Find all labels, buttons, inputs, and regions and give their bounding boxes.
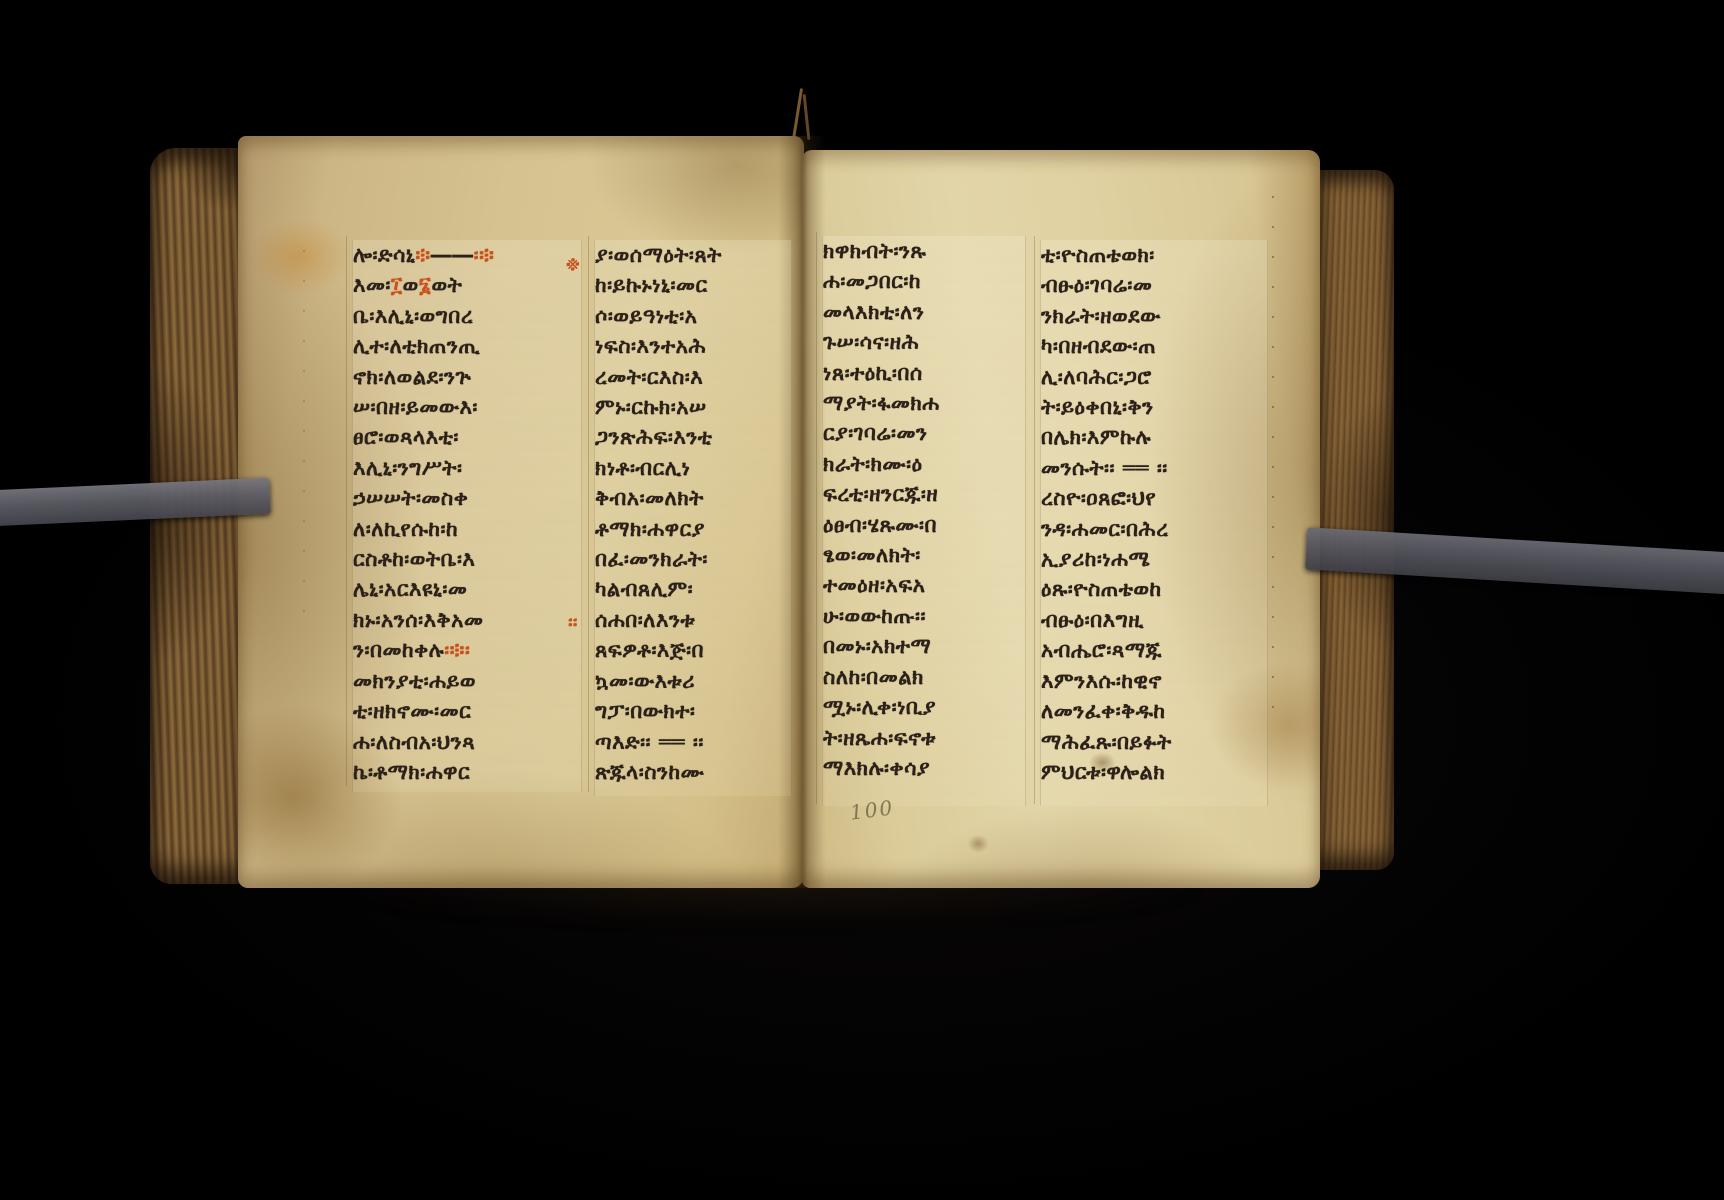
ink-text-run: ጉሠ፡ሳና፡ዘሕ	[823, 330, 919, 354]
text-line: ቶማክ፡ሐዋርያ	[595, 514, 791, 544]
text-line: ስለከ፡በመልክ	[823, 662, 1025, 692]
ink-text-run: ት፡ዘጼሐ፡ፍኖቱ	[823, 726, 936, 750]
ink-text-run: ዕፀብ፡ሄጹሙ፡በ	[823, 513, 937, 537]
ink-text-run: ንክራት፡ዘወደው	[1041, 304, 1161, 328]
ink-text-run: ጋንጽሕፍ፡እንቲ	[595, 425, 712, 449]
ink-text-run: ካልብጸሊም፡	[595, 577, 693, 601]
text-line: ሌኒ፡አርእዩኒ፡መ	[353, 574, 581, 604]
text-line: በሌክ፡እምኩሉ	[1041, 422, 1267, 452]
text-line: በፈ፡መንክራት፡	[595, 544, 791, 574]
ink-text-run: ምህርቱ፡ዋሎልክ	[1041, 760, 1165, 784]
text-line: ሠ፡በዘ፡ይመውእ፡	[353, 392, 581, 422]
ink-text-run: ተመዕዘ፡አፍአ	[823, 573, 925, 597]
rubric-text-run: ፡፨	[474, 243, 495, 267]
ruling-line	[816, 232, 817, 804]
pricking-dots	[303, 250, 305, 630]
ink-text-run: ቲ፡ዘክኖሙ፡መር	[353, 699, 471, 723]
ink-text-run: ካ፡በዘብደው፡ጠ	[1041, 334, 1156, 358]
ink-text-run: ንዳ፡ሐመር፡በሕረ	[1041, 517, 1168, 541]
ink-text-run: ሐ፡መጋበር፡ከ	[823, 269, 921, 293]
ruling-line	[588, 236, 589, 792]
text-line: ነጸ፡ተዕኪ፡በሰ	[823, 358, 1025, 388]
ink-text-run: ――	[431, 243, 474, 267]
text-line: ኢያሪከ፡ነሐሜ	[1041, 544, 1267, 574]
text-line: ተመዕዘ፡አፍአ	[823, 570, 1025, 600]
text-column-3: ክዋክብት፡ንጹሐ፡መጋበር፡ከመላእክቲ፡ለንጉሠ፡ሳና፡ዘሕነጸ፡ተዕኪ፡በ…	[822, 236, 1026, 806]
text-line: ክዋክብት፡ንጹ	[823, 236, 1025, 266]
text-line: ቅብአ፡መለክት	[595, 483, 791, 513]
ink-text-run: ሐ፡ለስብአ፡ህንጻ	[353, 730, 475, 754]
text-line: ንክራት፡ዘወደው	[1041, 301, 1267, 331]
ink-text-run: ክነቶ፡ብርሊነ	[595, 456, 690, 480]
ink-text-run: ክራት፡ክሙ፡ዕ	[823, 452, 923, 476]
ink-text-run: ርስቶከ፡ወትቤ፡እ	[353, 547, 475, 571]
text-line: በመኑ፡አክተማ	[823, 631, 1025, 661]
ink-text-run: ነጸ፡ተዕኪ፡በሰ	[823, 361, 923, 385]
ink-text-run: ያ፡ወሰማዕት፡ጸት	[595, 243, 722, 267]
ink-text-run: ረመት፡ርእስ፡እ	[595, 365, 703, 389]
ruling-line	[346, 236, 347, 786]
text-line: ርስቶከ፡ወትቤ፡እ	[353, 544, 581, 574]
ink-text-run: መላእክቲ፡ለን	[823, 300, 924, 324]
text-line: ረስዮ፡ዐጸፎ፡ህየ	[1041, 483, 1267, 513]
ink-text-run: ሊተ፡ለቲክጠንጢ	[353, 334, 480, 358]
ink-text-run: ኃሠሠት፡መስቀ	[353, 486, 468, 510]
ink-text-run: ቤ፡እሊኒ፡ወግበረ	[353, 304, 473, 328]
ink-text-run: አብሔሮ፡ጻማጁ	[1041, 638, 1162, 662]
ink-text-run: ከ፡ይኩኑነኒ፡መር	[595, 273, 708, 297]
ink-text-run: ቶማክ፡ሐዋርያ	[595, 517, 705, 541]
text-line: መላእክቲ፡ለን	[823, 297, 1025, 327]
text-line: ሐ፡መጋበር፡ከ	[823, 266, 1025, 296]
manuscript-photo: ሎ፡ድሳኒ፨――፡፨እመ፡፲ወ፮ወትቤ፡እሊኒ፡ወግበረሊተ፡ለቲክጠንጢኖክ፡…	[0, 0, 1724, 1200]
text-line: ግፓ፡በውክተ፡	[595, 696, 791, 726]
ink-text-run: ቲ፡ዮስጠቴወክ፡	[1041, 243, 1155, 267]
text-line: ካ፡በዘብደው፡ጠ	[1041, 331, 1267, 361]
text-line: ጋንጽሕፍ፡እንቲ	[595, 422, 791, 452]
ink-text-run: ማእክሉ፡ቀሳያ	[823, 756, 930, 780]
ink-text-run: ፀሮ፡ወጻላእቲ፡	[353, 425, 459, 449]
text-line: ት፡ዘጼሐ፡ፍኖቱ	[823, 723, 1025, 753]
text-line: ዕፀብ፡ሄጹሙ፡በ	[823, 510, 1025, 540]
ink-text-run: ፍረቲ፡ዘንርጁ፡ዘ	[823, 482, 938, 506]
text-line: ሊተ፡ለቲክጠንጢ	[353, 331, 581, 361]
text-line: ነፍስ፡እንተአሕ	[595, 331, 791, 361]
text-line: ብፁዕ፡በእግዚ	[1041, 605, 1267, 635]
text-line: ፀሮ፡ወጻላእቲ፡	[353, 422, 581, 452]
text-line: ርያ፡ገባሬ፡መን	[823, 418, 1025, 448]
ink-text-run: ሰሐበ፡ለእንቱ	[595, 608, 695, 632]
ink-text-run: እመ፡	[353, 273, 391, 297]
text-line: ሐ፡ለስብአ፡ህንጻ	[353, 727, 581, 757]
bookmark-thread	[792, 88, 803, 140]
text-line: ቲ፡ዮስጠቴወክ፡	[1041, 240, 1267, 270]
text-line: ለመንፈቀ፡ቅዱከ	[1041, 696, 1267, 726]
ink-text-run: ኬ፡ቶማክ፡ሐዋር	[353, 760, 470, 784]
ink-text-run: በመኑ፡አክተማ	[823, 634, 931, 658]
text-line: ኬ፡ቶማክ፡ሐዋር	[353, 757, 581, 787]
text-line: ከ፡ይኩኑነኒ፡መር	[595, 270, 791, 300]
ink-text-run: ጽጁላ፡ስንከሙ	[595, 760, 704, 784]
text-line: ሎ፡ድሳኒ፨――፡፨	[353, 240, 581, 270]
rubric-ornament: ፠	[566, 252, 580, 276]
text-line: ፍረቲ፡ዘንርጁ፡ዘ	[823, 479, 1025, 509]
rubric-ornament: ፡፡	[568, 610, 577, 634]
rubric-text-run: ፡፨፡	[444, 638, 470, 662]
text-line: ማእክሉ፡ቀሳያ	[823, 753, 1025, 783]
bookmark-thread	[803, 94, 811, 140]
text-line: ኖክ፡ለወልደ፡ንጕ	[353, 362, 581, 392]
text-column-1: ሎ፡ድሳኒ፨――፡፨እመ፡፲ወ፮ወትቤ፡እሊኒ፡ወግበረሊተ፡ለቲክጠንጢኖክ፡…	[352, 240, 582, 792]
rubric-text-run: ፲	[391, 273, 403, 297]
text-line: ፄወ፡መለክት፡	[823, 540, 1025, 570]
ink-text-run: ብፁዕ፡ገባሬ፡መ	[1041, 273, 1152, 297]
ink-text-run: ኢያሪከ፡ነሐሜ	[1041, 547, 1150, 571]
text-line: ክራት፡ክሙ፡ዕ	[823, 449, 1025, 479]
text-line: ጸፍዎቶ፡እጅ፡በ	[595, 635, 791, 665]
text-line: እምንእሱ፡ከዊኖ	[1041, 666, 1267, 696]
ink-text-run: እምንእሱ፡ከዊኖ	[1041, 669, 1162, 693]
ink-text-run: ን፡በመከቀሉ	[353, 638, 444, 662]
text-line: መክንያቲ፡ሐይወ	[353, 666, 581, 696]
text-line: ጽጁላ፡ስንከሙ	[595, 757, 791, 787]
text-line: ምህርቱ፡ዋሎልክ	[1041, 757, 1267, 787]
ink-text-run: ማያት፡ፋመክሐ	[823, 391, 940, 415]
text-line: ክነቶ፡ብርሊነ	[595, 453, 791, 483]
text-line: ጣእድ፡፡ ══ ፡፡	[595, 727, 791, 757]
text-line: ት፡ይዕቀበኒ፡ቅን	[1041, 392, 1267, 422]
text-line: እመ፡፲ወ፮ወት	[353, 270, 581, 300]
text-line: ክኑ፡አንሰ፡እቅአመ	[353, 605, 581, 635]
ink-text-run: ወት	[431, 273, 462, 297]
ink-text-run: ሎ፡ድሳኒ	[353, 243, 415, 267]
ink-text-run: ት፡ይዕቀበኒ፡ቅን	[1041, 395, 1154, 419]
ink-text-run: ሁ፡ወውከጡ፡፡	[823, 604, 926, 628]
ink-text-run: በሌክ፡እምኩሉ	[1041, 425, 1151, 449]
text-line: አብሔሮ፡ጻማጁ	[1041, 635, 1267, 665]
pricking-dots	[1272, 196, 1274, 736]
ink-text-run: ቅብአ፡መለክት	[595, 486, 704, 510]
ink-text-run: ክኑ፡አንሰ፡እቅአመ	[353, 608, 483, 632]
text-line: ዕጹ፡ዮስጠቴወከ	[1041, 574, 1267, 604]
ink-text-run: ዕጹ፡ዮስጠቴወከ	[1041, 577, 1162, 601]
ink-text-run: ጸፍዎቶ፡እጅ፡በ	[595, 638, 704, 662]
text-line: መንሱት፡፡ ══ ፡፡	[1041, 453, 1267, 483]
ink-text-run: ሶ፡ወይዓነቲ፡አ	[595, 304, 698, 328]
text-line: ምኑ፡ርኩክ፡አሠ	[595, 392, 791, 422]
rubric-text-run: ፮	[419, 273, 432, 297]
ruling-line	[1034, 236, 1035, 804]
ink-text-run: ብፁዕ፡በእግዚ	[1041, 608, 1144, 632]
text-line: ኃሠሠት፡መስቀ	[353, 483, 581, 513]
ink-text-run: ርያ፡ገባሬ፡መን	[823, 421, 928, 445]
text-column-4: ቲ፡ዮስጠቴወክ፡ብፁዕ፡ገባሬ፡መንክራት፡ዘወደውካ፡በዘብደው፡ጠሊ፡ለባ…	[1040, 240, 1268, 806]
ink-text-run: ኖክ፡ለወልደ፡ንጕ	[353, 365, 471, 389]
ink-text-run: ግፓ፡በውክተ፡	[595, 699, 695, 723]
ink-text-run: ሌኒ፡አርእዩኒ፡መ	[353, 577, 467, 601]
ink-text-run: ማሕፈጹ፡በይፉት	[1041, 730, 1172, 754]
text-line: ረመት፡ርእስ፡እ	[595, 362, 791, 392]
text-line: ሁ፡ወውከጡ፡፡	[823, 601, 1025, 631]
ink-text-run: ወ	[403, 273, 419, 297]
ink-text-run: መክንያቲ፡ሐይወ	[353, 669, 476, 693]
ink-text-run: እሊኒ፡ንግሥት፡	[353, 456, 462, 480]
ink-text-run: ሊ፡ለባሕር፡ጋሮ	[1041, 365, 1152, 389]
ink-text-run: ስለከ፡በመልክ	[823, 665, 924, 689]
text-line: ሶ፡ወይዓነቲ፡አ	[595, 301, 791, 331]
ink-text-run: በፈ፡መንክራት፡	[595, 547, 708, 571]
ink-text-run: ሠ፡በዘ፡ይመውእ፡	[353, 395, 478, 419]
text-line: ብፁዕ፡ገባሬ፡መ	[1041, 270, 1267, 300]
text-line: ቲ፡ዘክኖሙ፡መር	[353, 696, 581, 726]
ink-text-run: ጣእድ፡፡ ══ ፡፡	[595, 730, 704, 754]
text-line: ን፡በመከቀሉ፡፨፡	[353, 635, 581, 665]
text-column-2: ያ፡ወሰማዕት፡ጸትከ፡ይኩኑነኒ፡መርሶ፡ወይዓነቲ፡አነፍስ፡እንተአሕረመ…	[594, 240, 792, 796]
text-line: ኳመ፡ውእቱሪ	[595, 666, 791, 696]
ink-text-run: ኳመ፡ውእቱሪ	[595, 669, 695, 693]
ink-text-run: ፄወ፡መለክት፡	[823, 543, 921, 567]
ink-text-run: ነፍስ፡እንተአሕ	[595, 334, 706, 358]
text-line: ለ፡ለኪየሱከ፡ከ	[353, 514, 581, 544]
right-leaf-stack	[1318, 170, 1394, 870]
ink-text-run: ሟኑ፡ሊቀ፡ነቢያ	[823, 695, 936, 719]
text-line: ያ፡ወሰማዕት፡ጸት	[595, 240, 791, 270]
ink-text-run: ለመንፈቀ፡ቅዱከ	[1041, 699, 1165, 723]
text-line: ቤ፡እሊኒ፡ወግበረ	[353, 301, 581, 331]
text-line: እሊኒ፡ንግሥት፡	[353, 453, 581, 483]
ink-text-run: መንሱት፡፡ ══ ፡፡	[1041, 456, 1168, 480]
text-line: ጉሠ፡ሳና፡ዘሕ	[823, 327, 1025, 357]
text-line: ማሕፈጹ፡በይፉት	[1041, 727, 1267, 757]
text-line: ሊ፡ለባሕር፡ጋሮ	[1041, 362, 1267, 392]
ink-text-run: ምኑ፡ርኩክ፡አሠ	[595, 395, 707, 419]
ink-text-run: ክዋክብት፡ንጹ	[823, 239, 926, 263]
text-line: ሰሐበ፡ለእንቱ	[595, 605, 791, 635]
text-line: ሟኑ፡ሊቀ፡ነቢያ	[823, 692, 1025, 722]
ink-text-run: ለ፡ለኪየሱከ፡ከ	[353, 517, 458, 541]
text-line: ካልብጸሊም፡	[595, 574, 791, 604]
rubric-text-run: ፨	[415, 243, 430, 267]
text-line: ማያት፡ፋመክሐ	[823, 388, 1025, 418]
ink-text-run: ረስዮ፡ዐጸፎ፡ህየ	[1041, 486, 1156, 510]
text-line: ንዳ፡ሐመር፡በሕረ	[1041, 514, 1267, 544]
